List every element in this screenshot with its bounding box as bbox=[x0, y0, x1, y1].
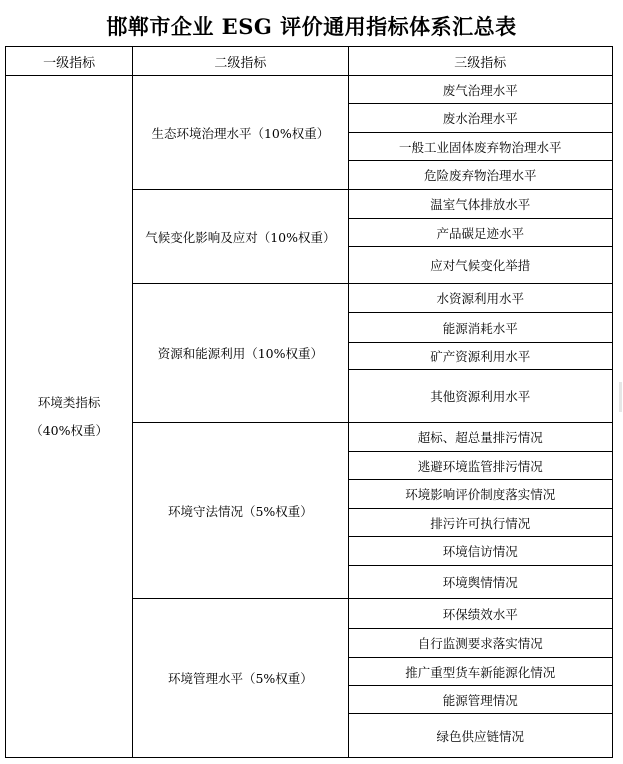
level3-cell: 环境舆情情况 bbox=[348, 566, 612, 599]
level2-cell: 环境管理水平（5%权重） bbox=[133, 599, 348, 758]
level3-cell: 温室气体排放水平 bbox=[348, 190, 612, 219]
level2-cell: 气候变化影响及应对（10%权重） bbox=[133, 190, 348, 284]
header-level2: 二级指标 bbox=[133, 47, 348, 76]
level3-cell: 推广重型货车新能源化情况 bbox=[348, 658, 612, 686]
level3-cell: 产品碳足迹水平 bbox=[348, 219, 612, 247]
level3-cell: 水资源利用水平 bbox=[348, 284, 612, 313]
level3-cell: 超标、超总量排污情况 bbox=[348, 423, 612, 452]
level3-cell: 环保绩效水平 bbox=[348, 599, 612, 629]
level3-cell: 自行监测要求落实情况 bbox=[348, 629, 612, 658]
level2-cell: 资源和能源利用（10%权重） bbox=[133, 284, 348, 423]
level3-cell: 环境信访情况 bbox=[348, 537, 612, 566]
level3-cell: 环境影响评价制度落实情况 bbox=[348, 480, 612, 509]
level3-cell: 应对气候变化举措 bbox=[348, 247, 612, 284]
header-level3: 三级指标 bbox=[348, 47, 612, 76]
page-title: 邯郸市企业 ESG 评价通用指标体系汇总表 bbox=[0, 11, 623, 41]
level3-cell: 废水治理水平 bbox=[348, 104, 612, 133]
level2-cell: 环境守法情况（5%权重） bbox=[133, 423, 348, 599]
level1-weight: （40%权重） bbox=[6, 417, 132, 445]
table-row: 环境类指标 （40%权重） 生态环境治理水平（10%权重） 废气治理水平 bbox=[6, 76, 613, 104]
level2-cell: 生态环境治理水平（10%权重） bbox=[133, 76, 348, 190]
level3-cell: 矿产资源利用水平 bbox=[348, 343, 612, 370]
level3-cell: 能源消耗水平 bbox=[348, 313, 612, 343]
level1-name: 环境类指标 bbox=[6, 389, 132, 417]
level3-cell: 其他资源利用水平 bbox=[348, 370, 612, 423]
esg-indicator-table: 一级指标 二级指标 三级指标 环境类指标 （40%权重） 生态环境治理水平（10… bbox=[5, 46, 613, 758]
level3-cell: 逃避环境监管排污情况 bbox=[348, 452, 612, 480]
level3-cell: 绿色供应链情况 bbox=[348, 714, 612, 758]
level3-cell: 废气治理水平 bbox=[348, 76, 612, 104]
header-level1: 一级指标 bbox=[6, 47, 133, 76]
level3-cell: 能源管理情况 bbox=[348, 686, 612, 714]
scrollbar-fragment bbox=[619, 382, 622, 412]
level1-cell: 环境类指标 （40%权重） bbox=[6, 76, 133, 758]
level3-cell: 排污许可执行情况 bbox=[348, 509, 612, 537]
table-header-row: 一级指标 二级指标 三级指标 bbox=[6, 47, 613, 76]
level3-cell: 危险废弃物治理水平 bbox=[348, 161, 612, 190]
level3-cell: 一般工业固体废弃物治理水平 bbox=[348, 133, 612, 161]
